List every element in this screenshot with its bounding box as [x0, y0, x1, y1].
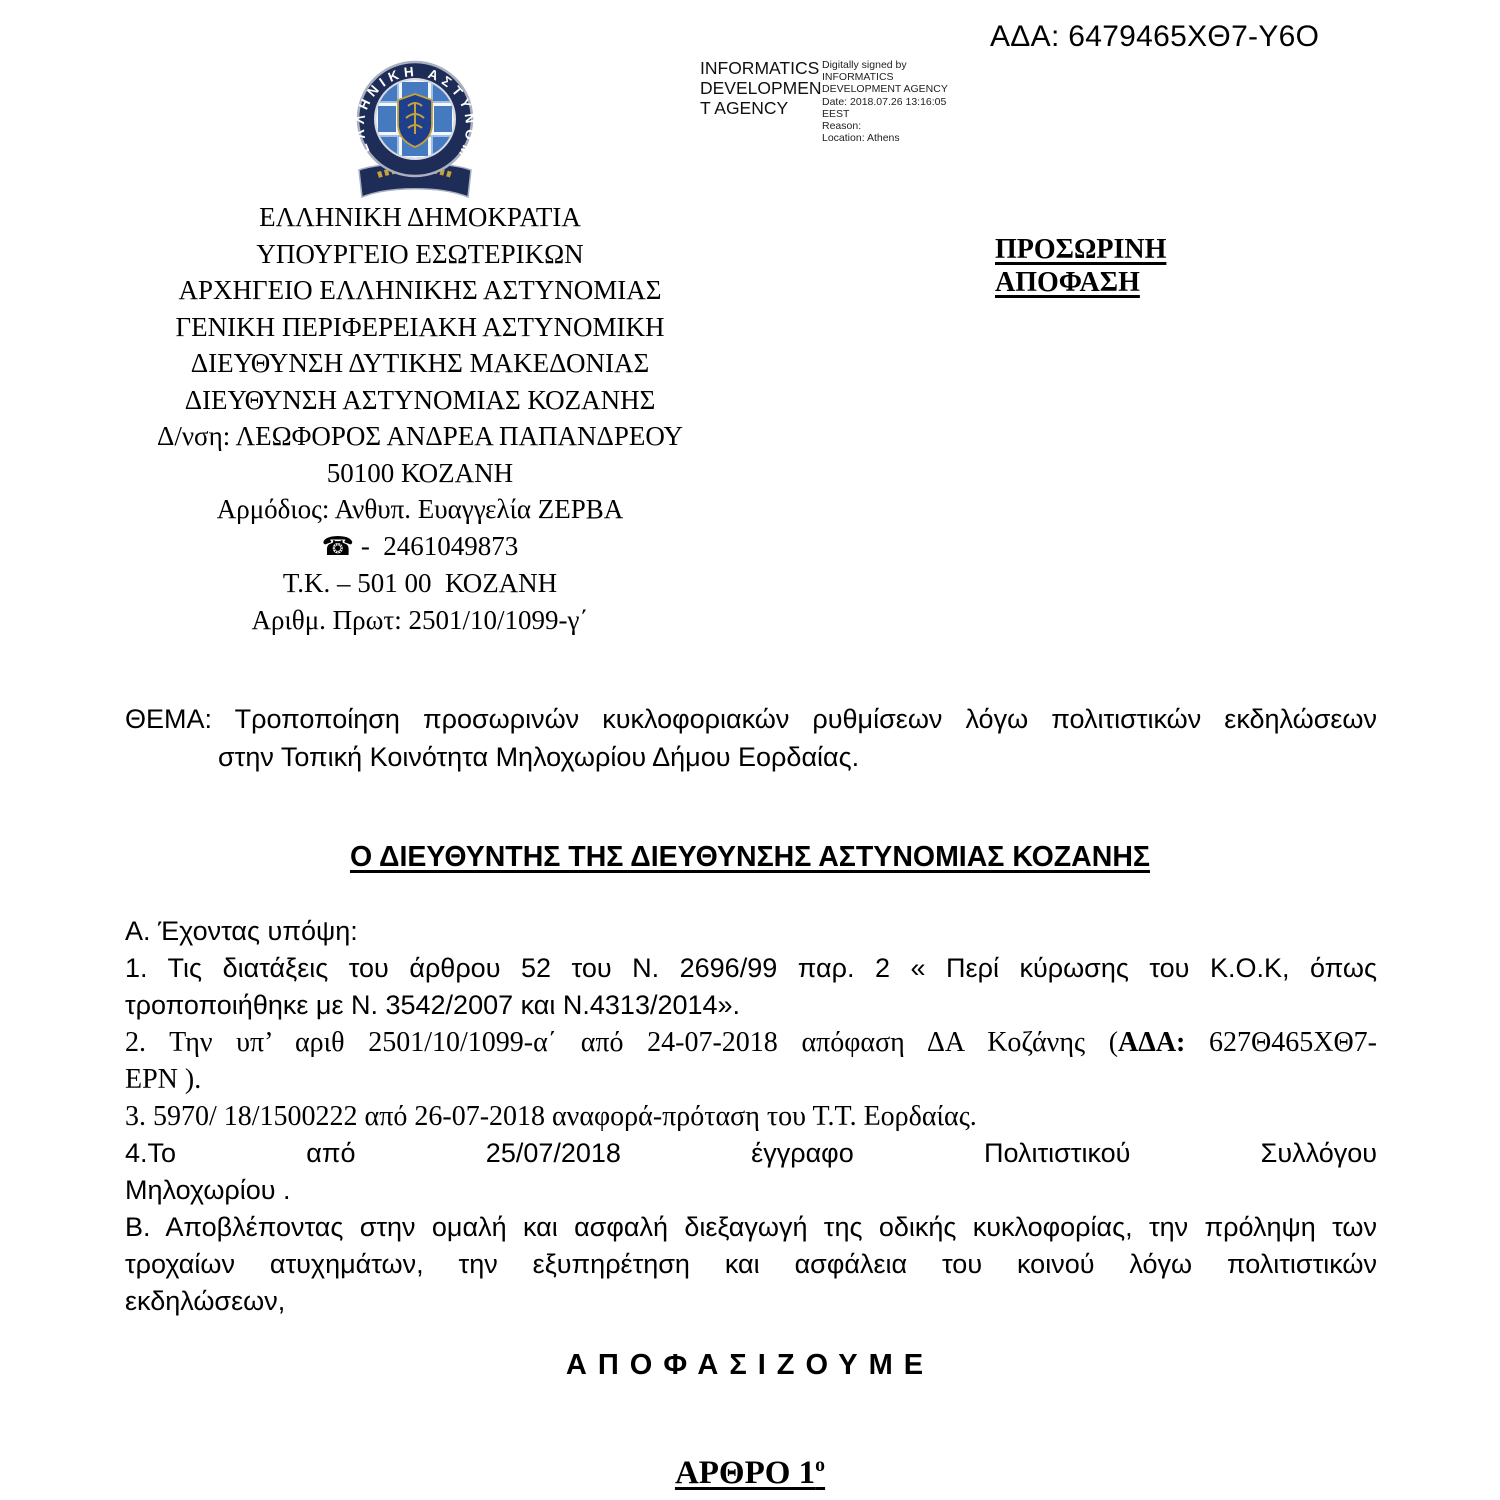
status-line-1: ΠΡΟΣΩΡΙΝΗ: [995, 234, 1166, 265]
article-ordinal: ο: [815, 1454, 825, 1476]
letterhead-line-headquarters: ΑΡΧΗΓΕΙΟ ΕΛΛΗΝΙΚΗΣ ΑΣΤΥΝΟΜΙΑΣ: [108, 272, 732, 309]
signature-detail-line: Reason:: [822, 120, 972, 132]
subject-line-2: στην Τοπική Κοινότητα Μηλοχωρίου Δήμου Ε…: [125, 738, 1377, 776]
signature-details: Digitally signed by INFORMATICS DEVELOPM…: [822, 59, 972, 144]
body-item2-line1: 2. Την υπ’ αριθ 2501/10/1099-α΄ από 24-0…: [125, 1024, 1377, 1061]
body-item3: 3. 5970/ 18/1500222 από 26-07-2018 αναφο…: [125, 1098, 1377, 1135]
body-itemB-line2: τροχαίων ατυχημάτων, την εξυπηρέτηση και…: [125, 1246, 1377, 1283]
letterhead-line-city: 50100 ΚΟΖΑΝΗ: [108, 455, 732, 492]
letterhead-line-direction-wm: ΔΙΕΥΘΥΝΣΗ ΔΥΤΙΚΗΣ ΜΑΚΕΔΟΝΙΑΣ: [108, 345, 732, 382]
phone-number: - 2461049873: [361, 531, 519, 561]
body-itemB-line3: εκδηλώσεων,: [125, 1283, 1377, 1320]
ada-number: ΑΔΑ: 6479465ΧΘ7-Υ6Ο: [990, 20, 1319, 54]
letterhead-line-postal-code: Τ.Κ. – 501 00 ΚΟΖΑΝΗ: [108, 565, 732, 602]
signature-detail-line: EEST: [822, 108, 972, 120]
hellenic-police-emblem-icon: ΕΛΛΗΝΙΚΗ ΑΣΤΥΝΟΜΙΑ: [338, 58, 492, 202]
status-line-2: ΑΠΟΦΑΣΗ: [995, 267, 1140, 298]
body-item2-ada-label: ΑΔΑ:: [1118, 1027, 1185, 1058]
official-document-page: ΑΔΑ: 6479465ΧΘ7-Υ6Ο INFORMATICS DEVELOPM…: [0, 0, 1500, 1500]
telephone-icon: ☎: [322, 532, 354, 562]
director-heading-text: Ο ΔΙΕΥΘΥΝΤΗΣ ΤΗΣ ΔΙΕΥΘΥΝΣΗΣ ΑΣΤΥΝΟΜΙΑΣ Κ…: [350, 841, 1150, 873]
article-1-heading: ΑΡΘΡΟ 1ο: [0, 1454, 1500, 1492]
body-item1-line1: 1. Τις διατάξεις του άρθρου 52 του Ν. 26…: [125, 950, 1377, 987]
letterhead-line-officer: Αρμόδιος: Ανθυπ. Ευαγγελία ΖΕΡΒΑ: [108, 491, 732, 528]
letterhead: ΕΛΛΗΝΙΚΗ ΔΗΜΟΚΡΑΤΙΑ ΥΠΟΥΡΓΕΙΟ ΕΣΩΤΕΡΙΚΩΝ…: [108, 199, 732, 638]
letterhead-line-ministry: ΥΠΟΥΡΓΕΙΟ ΕΣΩΤΕΡΙΚΩΝ: [108, 236, 732, 273]
subject-section: ΘΕΜΑ: Τροποποίηση προσωρινών κυκλοφοριακ…: [125, 700, 1377, 776]
body-item4-line2: Μηλοχωρίου .: [125, 1172, 1377, 1209]
letterhead-line-general-direction: ΓΕΝΙΚΗ ΠΕΡΙΦΕΡΕΙΑΚΗ ΑΣΤΥΝΟΜΙΚΗ: [108, 309, 732, 346]
letterhead-line-protocol-number: Αριθμ. Πρωτ: 2501/10/1099-γ΄: [108, 602, 732, 639]
body-item2-pre: 2. Την υπ’ αριθ 2501/10/1099-α΄ από 24-0…: [125, 1027, 1118, 1058]
article-title: ΑΡΘΡΟ 1: [675, 1455, 815, 1491]
body-item1-line2: τροποποιήθηκε με Ν. 3542/2007 και Ν.4313…: [125, 987, 1377, 1024]
body-item2-line2: ΕΡΝ ).: [125, 1061, 1377, 1098]
body-itemB-line1: Β. Αποβλέποντας στην ομαλή και ασφαλή δι…: [125, 1209, 1377, 1246]
signature-detail-line: INFORMATICS: [822, 71, 972, 83]
document-body: Α. Έχοντας υπόψη: 1. Τις διατάξεις του ά…: [125, 913, 1377, 1320]
letterhead-line-republic: ΕΛΛΗΝΙΚΗ ΔΗΜΟΚΡΑΤΙΑ: [108, 199, 732, 236]
signature-detail-line: Digitally signed by: [822, 59, 972, 71]
subject-line-1: ΘΕΜΑ: Τροποποίηση προσωρινών κυκλοφοριακ…: [125, 700, 1377, 738]
decide-heading: ΑΠΟΦΑΣΙΖΟΥΜΕ: [0, 1349, 1500, 1382]
director-heading: Ο ΔΙΕΥΘΥΝΤΗΣ ΤΗΣ ΔΙΕΥΘΥΝΣΗΣ ΑΣΤΥΝΟΜΙΑΣ Κ…: [0, 841, 1500, 874]
letterhead-line-direction-kozani: ΔΙΕΥΘΥΝΣΗ ΑΣΤΥΝΟΜΙΑΣ ΚΟΖΑΝΗΣ: [108, 382, 732, 419]
decision-status: ΠΡΟΣΩΡΙΝΗ ΑΠΟΦΑΣΗ: [995, 233, 1166, 299]
body-item4-line1: 4.Το από 25/07/2018 έγγραφο Πολιτιστικού…: [125, 1135, 1377, 1172]
body-item2-post: 627Θ465ΧΘ7-: [1185, 1027, 1377, 1058]
letterhead-phone-line: ☎ - 2461049873: [108, 528, 732, 566]
signature-detail-line: Date: 2018.07.26 13:16:05: [822, 96, 972, 108]
signature-detail-line: DEVELOPMENT AGENCY: [822, 83, 972, 95]
signature-detail-line: Location: Athens: [822, 132, 972, 144]
letterhead-line-address: Δ/νση: ΛΕΩΦΟΡΟΣ ΑΝΔΡΕΑ ΠΑΠΑΝΔΡΕΟΥ: [108, 418, 732, 455]
body-considering-label: Α. Έχοντας υπόψη:: [125, 913, 1377, 950]
